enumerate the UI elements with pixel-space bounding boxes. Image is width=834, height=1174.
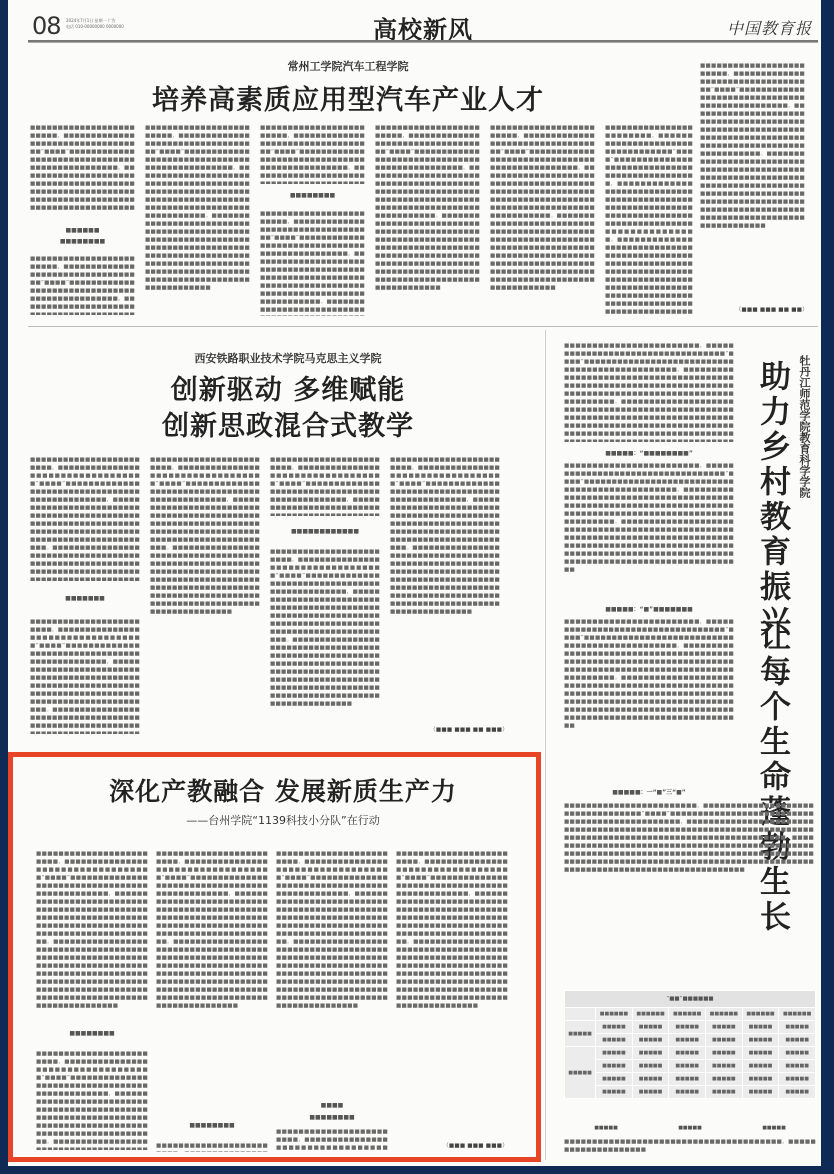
table-row: ■■■■■ ■■■■■ ■■■■■ ■■■■■ ■■■■■ ■■■■■	[565, 1073, 816, 1086]
table-row: ■■■■■ ■■■■■ ■■■■■ ■■■■■ ■■■■■ ■■■■■ ■■■■…	[565, 1021, 816, 1034]
table-cell: ■■■■■	[706, 1060, 743, 1073]
table-cell: ■■■■■	[779, 1034, 816, 1047]
right-article-subhead-2: ■■■■■：“■”■■■■■■■	[564, 604, 734, 613]
middle-article-kicker: 西安铁路职业技术学院马克思主义学院	[148, 350, 428, 366]
top-article-col-1: ■■■■■■■■■■■■■■■■■■■■■■■■，■■■■■■■■■■■■■■■…	[30, 124, 135, 210]
table-cell: ■■■■■	[779, 1021, 816, 1034]
table-cell: ■■■■■	[779, 1060, 816, 1073]
page-number: 08	[32, 12, 61, 40]
column-divider	[545, 330, 546, 1160]
table-cell: ■■■■■	[669, 1073, 706, 1086]
table-cell: ■■■■■	[742, 1060, 779, 1073]
table-row: ■■■■■ ■■■■■ ■■■■■ ■■■■■ ■■■■■ ■■■■■	[565, 1086, 816, 1099]
table-cell: ■■■■■	[742, 1047, 779, 1060]
table-cell: ■■■■■	[596, 1073, 633, 1086]
right-article-col-2: ■■■■■■■■■■■■■■■■■■■■■■■■，■■■■■■■■■■■■■■■…	[564, 618, 734, 778]
table-cell: ■■■■■	[632, 1060, 669, 1073]
table-header-row: ■■■■■■ ■■■■■■ ■■■■■■ ■■■■■■ ■■■■■■ ■■■■■…	[565, 1008, 816, 1021]
highlight-box	[8, 752, 541, 1162]
middle-article-col-1b: ■■■■■■■■■■■■■■■■■■■■■■■■，■■■■■■■■■■■■■■■…	[30, 618, 140, 734]
table-cell: ■■■■■	[742, 1086, 779, 1099]
table-cell: ■■■■■	[632, 1021, 669, 1034]
table-row: ■■■■■ ■■■■■ ■■■■■ ■■■■■ ■■■■■ ■■■■■	[565, 1034, 816, 1047]
middle-article-headline-2: 创新思政混合式教学	[118, 404, 458, 443]
table-cell: ■■■■■	[632, 1047, 669, 1060]
table-cell: ■■■■■	[632, 1086, 669, 1099]
table-cell: ■■■■■	[669, 1060, 706, 1073]
middle-article-byline: （■■■ ■■■ ■■ ■■■）	[408, 726, 508, 736]
top-article-col-2: ■■■■■■■■■■■■■■■■■■■■■■■■，■■■■■■■■■■■■■■■…	[145, 124, 250, 316]
right-article-subhead-3: ■■■■■：一“■”三“■”	[564, 787, 734, 796]
top-article-headline: 培养高素质应用型汽车产业人才	[108, 78, 588, 117]
top-article-col-7: ■■■■■■■■■■■■■■■■■■■■■■■■，■■■■■■■■■■■■■■■…	[700, 62, 805, 314]
top-article-col-6: ■■■■■■■■■■■■■■■■■■■■■■■■，■■■■■■■■■■■■■■■…	[605, 124, 693, 316]
right-article-kicker: 牡丹江师范学院教育科学学院	[796, 355, 812, 498]
table-cell: ■■■■■	[669, 1034, 706, 1047]
top-article-col-1b: ■■■■■■■■■■■■■■■■■■■■■■■■，■■■■■■■■■■■■■■■…	[30, 255, 135, 315]
middle-article-col-3b: ■■■■■■■■■■■■■■■■■■■■■■■■，■■■■■■■■■■■■■■■…	[270, 548, 380, 734]
table-cell: ■■■■■	[779, 1047, 816, 1060]
table-cell: ■■■■■	[779, 1086, 816, 1099]
table-cell: ■■■■■	[596, 1047, 633, 1060]
table-cell: ■■■■■	[632, 1073, 669, 1086]
page-meta-line-2: 电话 010-00000000 0000000	[66, 24, 126, 30]
table-cell: ■■■■■	[742, 1021, 779, 1034]
table-col-header: ■■■■■■	[779, 1008, 816, 1021]
table-cell: ■■■■■	[596, 1086, 633, 1099]
table-col-header: ■■■■■■	[596, 1008, 633, 1021]
middle-article-subhead-2: ■■■■■■■■■■■■	[270, 528, 380, 535]
top-article-kicker: 常州工学院汽车工程学院	[208, 58, 488, 74]
newspaper-logo: 中国教育报	[727, 16, 812, 39]
top-article-col-4: ■■■■■■■■■■■■■■■■■■■■■■■■，■■■■■■■■■■■■■■■…	[375, 124, 480, 316]
table-row: ■■■■■ ■■■■■ ■■■■■ ■■■■■ ■■■■■ ■■■■■ ■■■■…	[565, 1047, 816, 1060]
table-col-header: ■■■■■■	[706, 1008, 743, 1021]
table-col-header: ■■■■■■	[669, 1008, 706, 1021]
table-cell: ■■■■■	[779, 1073, 816, 1086]
masthead-divider	[28, 40, 818, 43]
table-cell: ■■■■■	[742, 1034, 779, 1047]
right-article-col-1: ■■■■■■■■■■■■■■■■■■■■■■■■，■■■■■■■■■■■■■■■…	[564, 462, 734, 592]
table-cell: ■■■■■	[596, 1021, 633, 1034]
table-cell: ■■■■■	[706, 1073, 743, 1086]
table-col-header: ■■■■■■	[742, 1008, 779, 1021]
table-footer-item: ■■■■■	[678, 1125, 702, 1131]
table-footer: ■■■■■ ■■■■■ ■■■■■	[564, 1125, 816, 1131]
table-cell: ■■■■■	[669, 1047, 706, 1060]
top-article-subhead-1: ■■■■■■	[30, 227, 135, 234]
top-article-col-5: ■■■■■■■■■■■■■■■■■■■■■■■■，■■■■■■■■■■■■■■■…	[490, 124, 595, 299]
top-article-col-3: ■■■■■■■■■■■■■■■■■■■■■■■■，■■■■■■■■■■■■■■■…	[260, 124, 365, 184]
middle-article-col-3: ■■■■■■■■■■■■■■■■■■■■■■■■，■■■■■■■■■■■■■■■…	[270, 456, 380, 516]
table-cell: ■■■■■	[742, 1073, 779, 1086]
right-article-headline-1: 助力乡村教育振兴	[750, 360, 795, 640]
table-cell: ■■■■■	[596, 1060, 633, 1073]
top-article-col-3b: ■■■■■■■■■■■■■■■■■■■■■■■■，■■■■■■■■■■■■■■■…	[260, 210, 365, 316]
table-row: ■■■■■ ■■■■■ ■■■■■ ■■■■■ ■■■■■ ■■■■■	[565, 1060, 816, 1073]
table-cell: ■■■■■	[596, 1034, 633, 1047]
table-cell: ■■■■■	[669, 1021, 706, 1034]
table-footer-item: ■■■■■	[762, 1125, 786, 1131]
right-article-subhead-1: ■■■■■：“■■■■■■■■”	[564, 448, 734, 457]
table-cell: ■■■■■	[706, 1047, 743, 1060]
middle-article-col-4: ■■■■■■■■■■■■■■■■■■■■■■■■，■■■■■■■■■■■■■■■…	[390, 456, 500, 726]
table-cell: ■■■■■	[632, 1034, 669, 1047]
table-cell: ■■■■■	[669, 1086, 706, 1099]
middle-article-col-2: ■■■■■■■■■■■■■■■■■■■■■■■■，■■■■■■■■■■■■■■■…	[150, 456, 260, 734]
section-divider-1	[28, 326, 818, 327]
table-cell: ■■■■■	[706, 1086, 743, 1099]
top-article-subhead-2: ■■■■■■■■	[30, 238, 135, 245]
middle-article-col-1: ■■■■■■■■■■■■■■■■■■■■■■■■，■■■■■■■■■■■■■■■…	[30, 456, 140, 581]
table-title: “■■”■■■■■■	[565, 991, 816, 1008]
table-group-label: ■■■■■	[565, 1021, 596, 1047]
page-meta: 2024年7月1日 星期一 广告 电话 010-00000000 0000000	[66, 18, 126, 30]
table-col-header: ■■■■■■	[632, 1008, 669, 1021]
table-group-label: ■■■■■	[565, 1047, 596, 1099]
table-footer-item: ■■■■■	[594, 1125, 618, 1131]
right-article-table: “■■”■■■■■■ ■■■■■■ ■■■■■■ ■■■■■■ ■■■■■■ ■…	[564, 990, 816, 1099]
top-article-byline: （■■■ ■■■ ■■ ■■）	[708, 306, 808, 316]
middle-article-headline-1: 创新驱动 多维赋能	[118, 368, 458, 407]
right-article-intro: ■■■■■■■■■■■■■■■■■■■■■■■■，■■■■■■■■■■■■■■■…	[564, 342, 734, 442]
top-article-subhead-3: ■■■■■■■■	[260, 192, 365, 199]
newspaper-page: 08 2024年7月1日 星期一 广告 电话 010-00000000 0000…	[8, 0, 821, 1166]
middle-article-subhead-1: ■■■■■■■	[30, 595, 140, 602]
masthead: 08 2024年7月1日 星期一 广告 电话 010-00000000 0000…	[28, 8, 818, 42]
table-cell: ■■■■■	[706, 1034, 743, 1047]
right-article-col-3: ■■■■■■■■■■■■■■■■■■■■■■■■，■■■■■■■■■■■■■■■…	[564, 802, 814, 962]
table-cell: ■■■■■	[706, 1021, 743, 1034]
right-article-closing-note: ■■■■■■■■■■■■■■■■■■■■■■■■■■■■■■■■■■■■■■■，…	[564, 1138, 816, 1156]
